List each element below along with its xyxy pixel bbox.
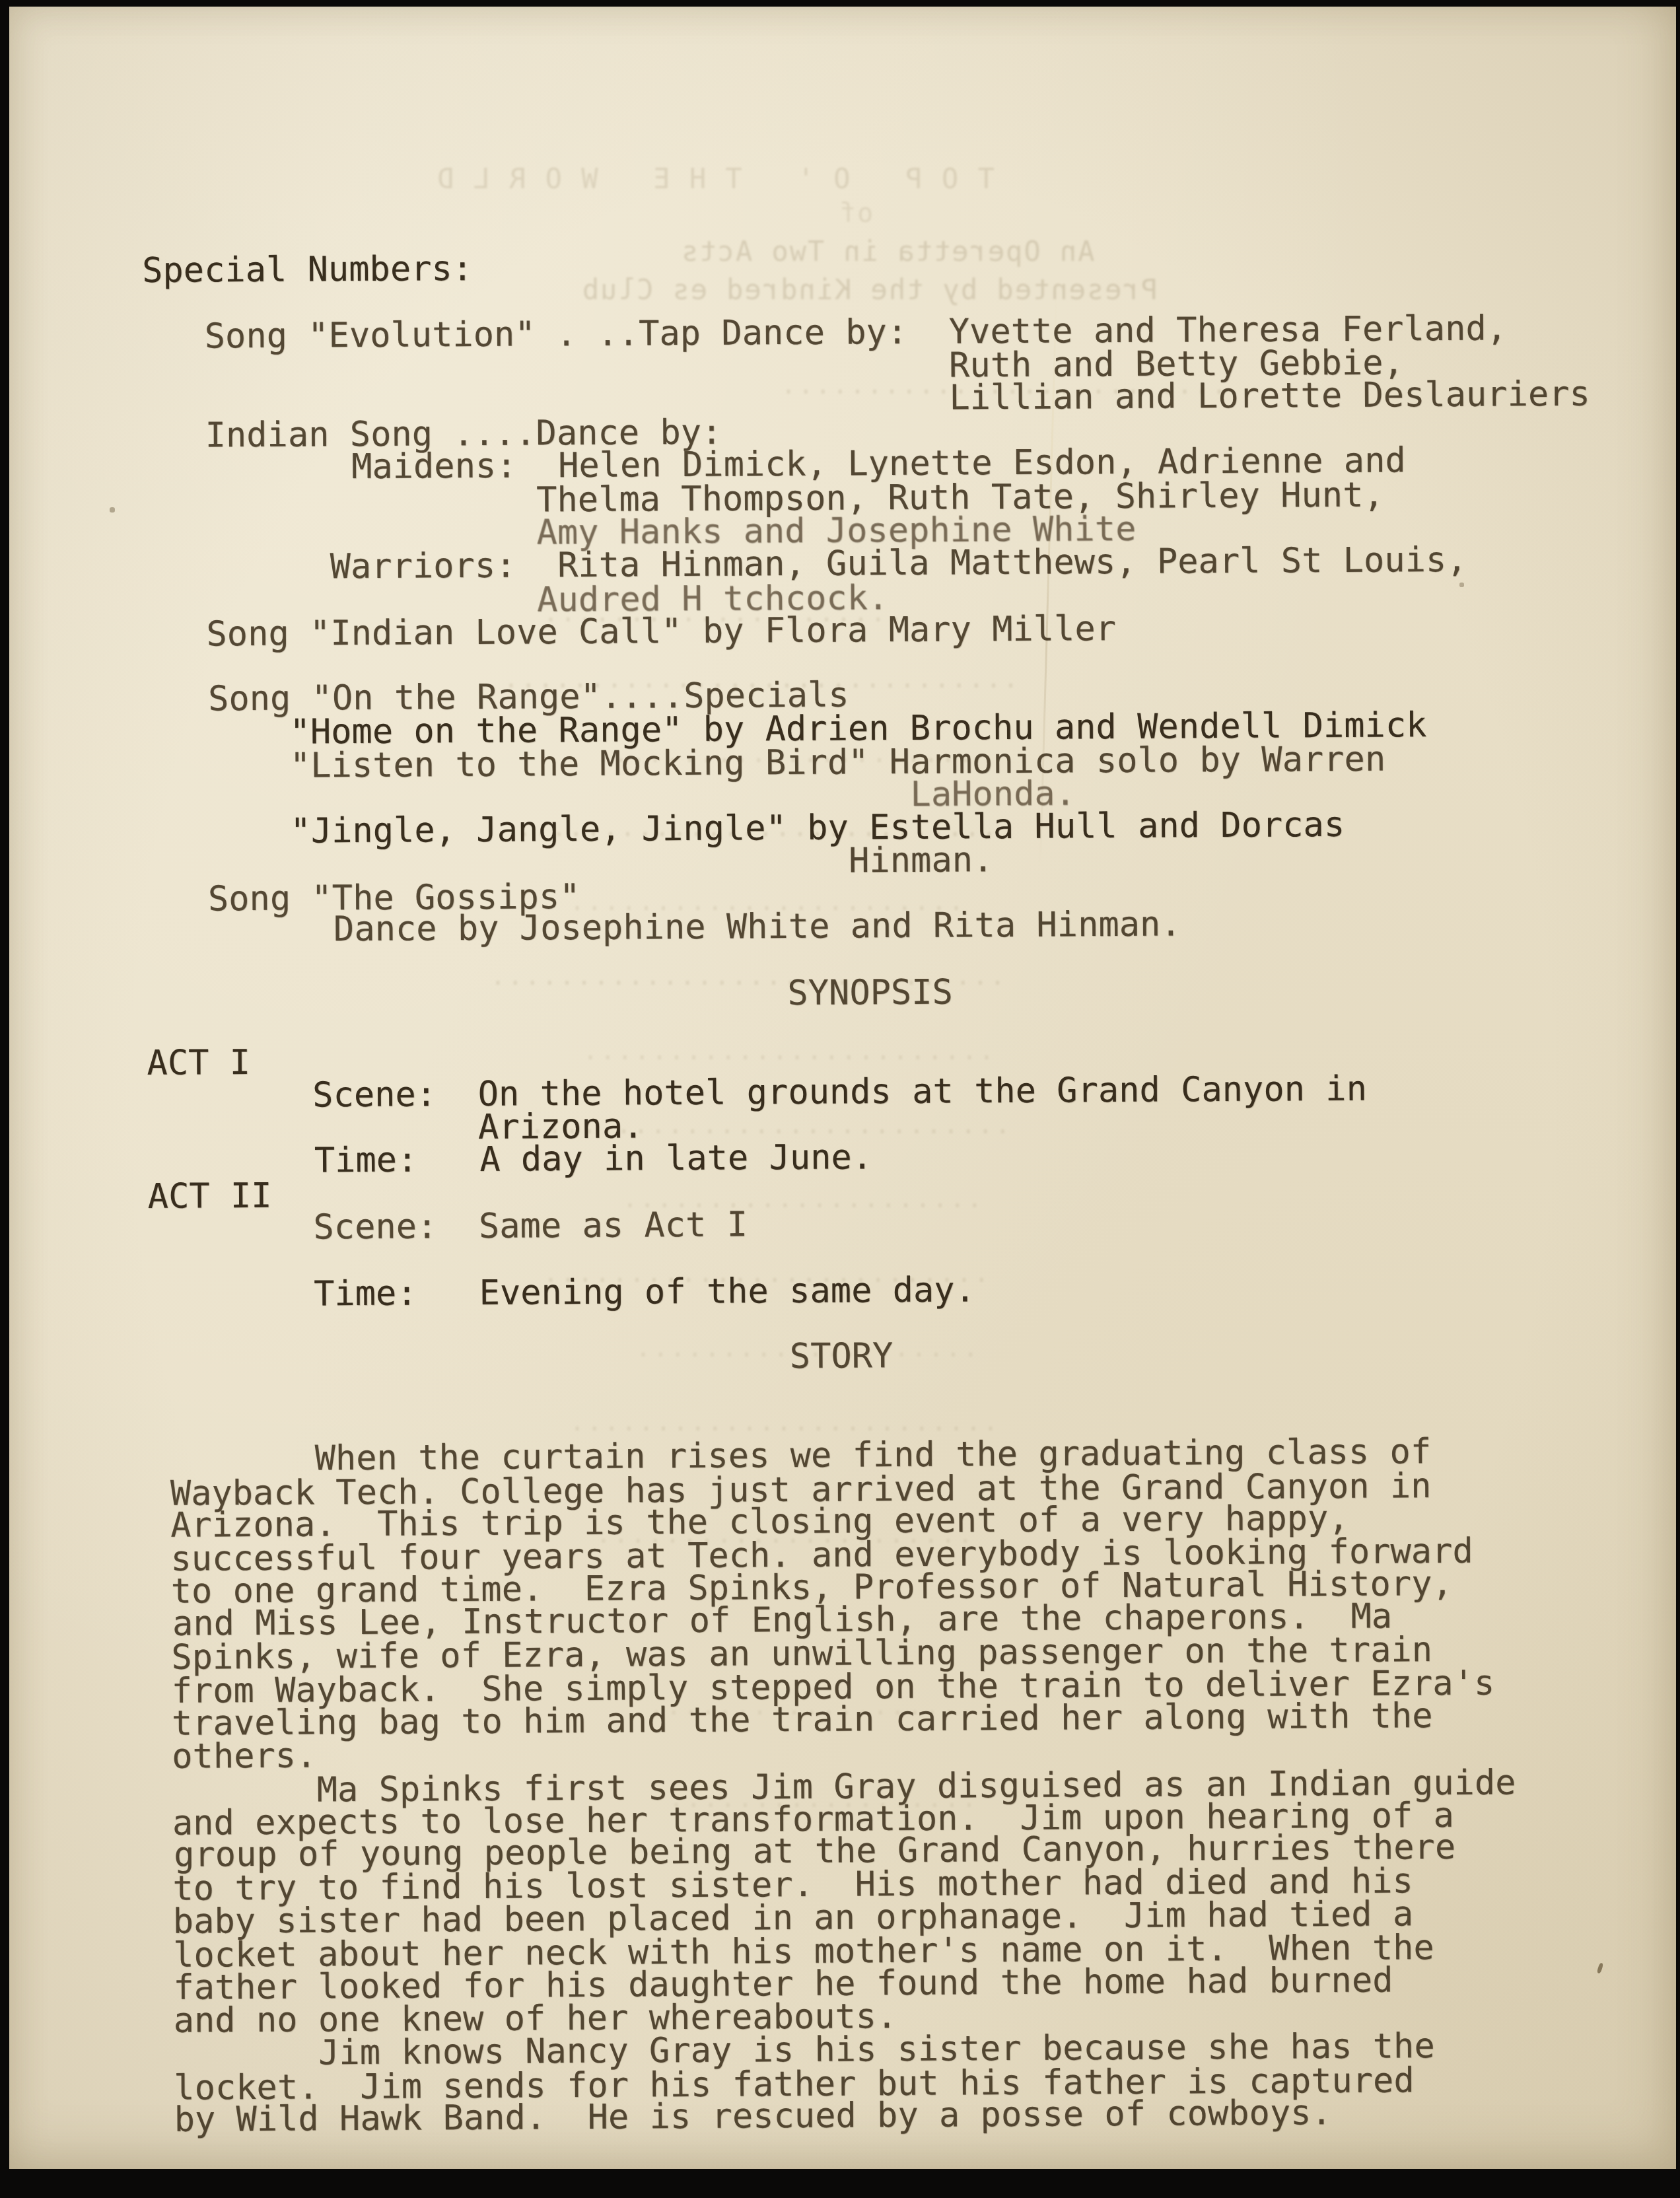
typed-line: locket. Jim sends for his father but his… — [153, 2063, 1601, 2105]
typed-line: Wayback Tech. College has just arrived a… — [149, 1469, 1597, 1510]
typed-line: locket about her neck with his mother's … — [153, 1931, 1600, 1972]
typed-text-layer: Special Numbers: Song "Evolution" . ..Ta… — [142, 246, 1601, 2137]
ink-speck — [110, 507, 115, 513]
typed-line: Ruth and Betty Gebbie, — [143, 345, 1590, 387]
typed-line: from Wayback. She simply stepped on the … — [151, 1666, 1598, 1708]
typed-line: group of young people being at the Grand… — [153, 1830, 1601, 1872]
typed-line: successful four years at Tech. and every… — [150, 1534, 1597, 1576]
typed-line: and Miss Lee, Instructor of English, are… — [152, 1599, 1599, 1641]
scanned-page: { "colors": { "paper": "#eae1ca", "ink":… — [0, 0, 1680, 2198]
typed-line: Time: A day in late June. — [149, 1137, 1596, 1178]
